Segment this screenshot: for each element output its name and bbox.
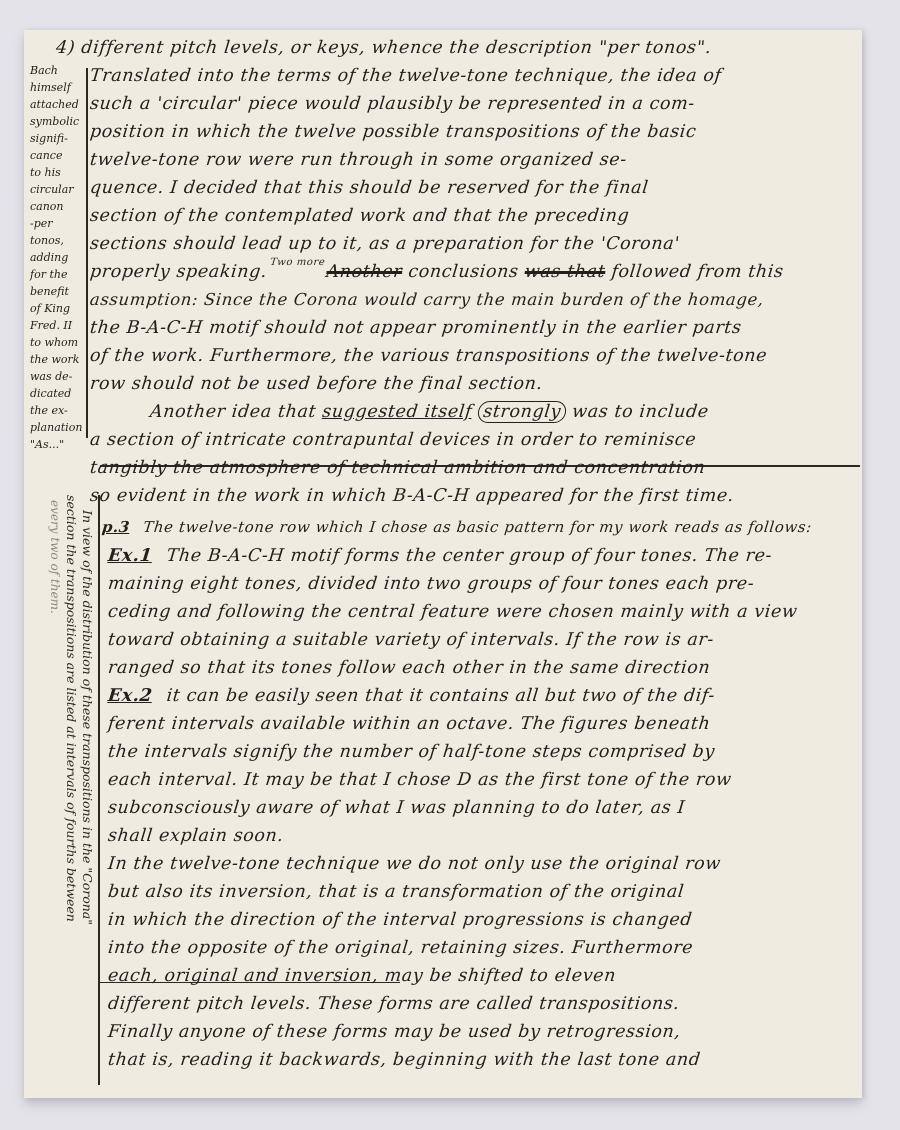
text-line: row should not be used before the final …: [89, 374, 544, 394]
insertion-above: Two more: [270, 257, 326, 268]
text-line: ranged so that its tones follow each oth…: [107, 658, 711, 678]
vertical-margin-note-line2: section the transpositions are listed at…: [64, 495, 79, 922]
text-line-ex1: Ex.1 The B-A-C-H motif forms the center …: [107, 546, 773, 566]
text-line: into the opposite of the original, retai…: [107, 938, 694, 958]
margin-note-line: symbolic: [30, 113, 82, 130]
text-line: Finally anyone of these forms may be use…: [107, 1022, 682, 1042]
vertical-margin-note-pencil: every two of them.: [48, 500, 62, 614]
struck-text: was that: [524, 262, 607, 282]
margin-note-line: to his: [30, 164, 82, 181]
margin-note-line: Fred. II: [30, 317, 82, 334]
margin-note-line: was de-: [30, 368, 82, 385]
text-line: subconsciously aware of what I was plann…: [107, 798, 686, 818]
margin-note-line: for the: [30, 266, 82, 283]
text-fragment: Another idea that: [149, 402, 317, 422]
margin-note-line: -per: [30, 215, 82, 232]
example-label: Ex.1: [107, 546, 154, 566]
text-line: assumption: Since the Corona would carry…: [89, 290, 765, 309]
text-fragment: properly speaking.: [89, 262, 268, 282]
margin-note-line: attached: [30, 96, 82, 113]
text-fragment: The B-A-C-H motif forms the center group…: [166, 546, 774, 566]
text-line: sections should lead up to it, as a prep…: [89, 234, 681, 254]
text-line: so evident in the work in which B-A-C-H …: [89, 486, 735, 506]
margin-note-line: the work: [30, 351, 82, 368]
text-fragment: followed from this: [610, 262, 784, 282]
struck-text: Another: [325, 262, 403, 282]
text-line-ex2: Ex.2 it can be easily seen that it conta…: [107, 686, 716, 706]
text-line: shall explain soon.: [107, 826, 285, 846]
text-line: that is, reading it backwards, beginning…: [107, 1050, 702, 1070]
margin-note-line: of King: [30, 300, 82, 317]
margin-note-line: adding: [30, 249, 82, 266]
vertical-note-bracket: [98, 495, 100, 1085]
margin-bracket-line: [86, 68, 88, 438]
text-line: ceding and following the central feature…: [107, 602, 799, 622]
text-line: section of the contemplated work and tha…: [89, 206, 630, 226]
example-label: Ex.2: [107, 686, 154, 706]
margin-note-line: circular: [30, 181, 82, 198]
text-line: different pitch levels. These forms are …: [107, 994, 681, 1014]
margin-note-line: "As...": [30, 436, 82, 453]
text-line: In the twelve-tone technique we do not o…: [107, 854, 722, 874]
text-line: such a 'circular' piece would plausibly …: [89, 94, 696, 114]
margin-note-line: cance: [30, 147, 82, 164]
margin-note-line: the ex-: [30, 402, 82, 419]
text-line: each interval. It may be that I chose D …: [107, 770, 733, 790]
margin-note-bach: Bach himself attached symbolic signifi- …: [30, 62, 82, 453]
margin-note-line: tonos,: [30, 232, 82, 249]
margin-note-line: Bach: [30, 62, 82, 79]
text-line: maining eight tones, divided into two gr…: [107, 574, 755, 594]
margin-note-line: signifi-: [30, 130, 82, 147]
text-line: toward obtaining a suitable variety of i…: [107, 630, 715, 650]
text-line-with-edits: Another idea that suggested itself stron…: [149, 402, 710, 422]
text-line: tangibly the atmosphere of technical amb…: [89, 458, 707, 478]
text-fragment: it can be easily seen that it contains a…: [166, 686, 716, 706]
text-line: the intervals signify the number of half…: [107, 742, 716, 762]
circled-word: strongly: [477, 401, 567, 423]
text-fragment: conclusions: [407, 262, 519, 282]
text-line: 4) different pitch levels, or keys, when…: [55, 38, 713, 58]
vertical-margin-note-line1: In view of the distribution of these tra…: [80, 510, 95, 925]
text-line-with-edits: properly speaking. Two more Another conc…: [89, 262, 785, 282]
page-marker: p.3: [101, 518, 131, 536]
margin-note-line: to whom: [30, 334, 82, 351]
margin-note-line: himself: [30, 79, 82, 96]
text-line: twelve-tone row were run through in some…: [89, 150, 628, 170]
text-line: the B-A-C-H motif should not appear prom…: [89, 318, 743, 338]
text-line: of the work. Furthermore, the various tr…: [89, 346, 768, 366]
margin-note-line: benefit: [30, 283, 82, 300]
text-fragment: was to include: [571, 402, 710, 422]
margin-note-line: canon: [30, 198, 82, 215]
text-fragment: The twelve-tone row which I chose as bas…: [142, 518, 812, 536]
margin-note-line: planation: [30, 419, 82, 436]
text-line: ferent intervals available within an oct…: [107, 714, 711, 734]
margin-note-line: dicated: [30, 385, 82, 402]
text-line: quence. I decided that this should be re…: [89, 178, 650, 198]
text-line-p3: p.3 The twelve-tone row which I chose as…: [101, 518, 813, 536]
text-line: in which the direction of the interval p…: [107, 910, 693, 930]
text-line: a section of intricate contrapuntal devi…: [89, 430, 697, 450]
text-line: each, original and inversion, may be shi…: [107, 966, 617, 986]
text-line: position in which the twelve possible tr…: [89, 122, 698, 142]
text-line: but also its inversion, that is a transf…: [107, 882, 685, 902]
text-line: Translated into the terms of the twelve-…: [89, 66, 723, 86]
underlined-text: suggested itself: [321, 402, 473, 422]
